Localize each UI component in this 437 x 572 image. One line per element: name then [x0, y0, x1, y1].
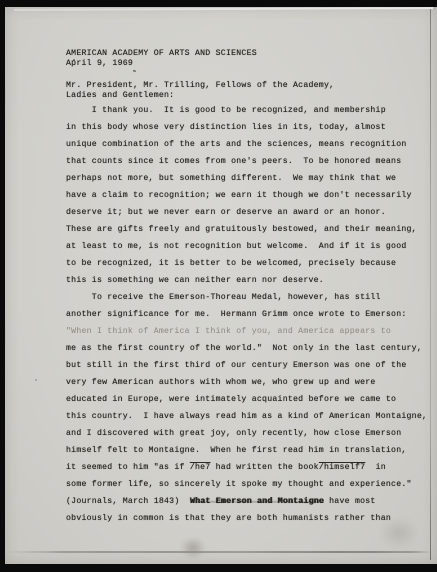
text-segment: had written the book: [210, 463, 318, 472]
text-segment: These are gifts freely and gratuitously …: [66, 225, 417, 234]
page-right-edge: [430, 9, 432, 560]
typescript-line: very few American authors with whom we, …: [66, 374, 427, 391]
text-segment: educated in Europe, were intimately acqu…: [66, 395, 396, 404]
document-header: AMERICAN ACADEMY OF ARTS AND SCIENCESApr…: [66, 49, 257, 68]
typescript-line: Ladies and Gentlemen:: [66, 91, 334, 101]
paper-speck: [133, 70, 136, 72]
text-segment: Mr. President, Mr. Trilling, Fellows of …: [66, 81, 334, 90]
paper-speck: [35, 379, 37, 381]
typescript-line: and I discovered with great joy, only re…: [66, 425, 427, 442]
text-segment: in: [365, 463, 386, 472]
typescript-line: in this body whose very distinction lies…: [66, 119, 427, 136]
segment-bracket: /he7: [190, 463, 211, 472]
scanned-typescript-page: { "scan": { "paper_color": "#d0cfca", "b…: [0, 0, 437, 572]
typescript-line: have a claim to recognition; we earn it …: [66, 187, 427, 204]
paper: AMERICAN ACADEMY OF ARTS AND SCIENCESApr…: [5, 7, 437, 564]
typescript-line: at least to me, is not recognition but w…: [66, 238, 427, 255]
text-segment: To receive the Emerson-Thoreau Medal, ho…: [66, 293, 381, 302]
typescript-line: himself felt to Montaigne. When he first…: [66, 442, 427, 459]
typescript-line: April 9, 1969: [66, 59, 257, 69]
typescript-line: I thank you. It is good to be recognized…: [66, 102, 427, 119]
text-segment: have most: [324, 497, 376, 506]
typescript-line: These are gifts freely and gratuitously …: [66, 221, 427, 238]
segment-bracket: /himself7: [319, 463, 365, 472]
text-segment: at least to me, is not recognition but w…: [66, 242, 407, 251]
text-segment: I thank you. It is good to be recognized…: [66, 106, 386, 115]
salutation: Mr. President, Mr. Trilling, Fellows of …: [66, 81, 334, 100]
text-segment: obviously in common is that they are bot…: [66, 514, 391, 523]
typescript-line: (Journals, March 1843) What Emerson and …: [66, 493, 427, 510]
typescript-line: but still in the first third of our cent…: [66, 357, 427, 374]
text-segment: in this body whose very distinction lies…: [66, 123, 386, 132]
text-segment: himself felt to Montaigne. When he first…: [66, 446, 407, 455]
text-segment: April 9, 1969: [66, 59, 133, 68]
text-segment: deserve it; but we never earn or deserve…: [66, 208, 386, 217]
typescript-line: educated in Europe, were intimately acqu…: [66, 391, 427, 408]
text-segment: (Journals, March 1843): [66, 497, 190, 506]
typescript-line: perhaps not more, but something differen…: [66, 170, 427, 187]
typescript-line: another significance for me. Hermann Gri…: [66, 306, 427, 323]
typescript-line: some former life, so sincerely it spoke …: [66, 476, 427, 493]
text-segment: Ladies and Gentlemen:: [66, 91, 174, 100]
text-segment: that counts since it comes from one's pe…: [66, 157, 401, 166]
text-segment: AMERICAN ACADEMY OF ARTS AND SCIENCES: [66, 49, 257, 58]
typescript-line: Mr. President, Mr. Trilling, Fellows of …: [66, 81, 334, 91]
typescript-line: this country. I have always read him as …: [66, 408, 427, 425]
typescript-line: that counts since it comes from one's pe…: [66, 153, 427, 170]
typescript-line: To receive the Emerson-Thoreau Medal, ho…: [66, 289, 427, 306]
text-segment: have a claim to recognition; we earn it …: [66, 191, 412, 200]
text-segment: and I discovered with great joy, only re…: [66, 429, 401, 438]
text-segment: this is something we can neither earn no…: [66, 276, 324, 285]
page-bottom-crease: [8, 551, 432, 553]
typescript-line: unique combination of the arts and the s…: [66, 136, 427, 153]
text-segment: unique combination of the arts and the s…: [66, 140, 407, 149]
text-segment: but still in the first third of our cent…: [66, 361, 407, 370]
typescript-line: it seemed to him "as if /he7 had written…: [66, 459, 427, 476]
text-segment: it seemed to him "as if: [66, 463, 190, 472]
segment-faint: "When I think of America I think of you,…: [66, 327, 391, 336]
typescript-line: to be recognized, it is better to be wel…: [66, 255, 427, 272]
typescript-line: "When I think of America I think of you,…: [66, 323, 427, 340]
typescript-line: deserve it; but we never earn or deserve…: [66, 204, 427, 221]
text-segment: some former life, so sincerely it spoke …: [66, 480, 412, 489]
typescript-line: obviously in common is that they are bot…: [66, 510, 427, 527]
typescript-line: me as the first country of the world." N…: [66, 340, 427, 357]
text-segment: to be recognized, it is better to be wel…: [66, 259, 396, 268]
typescript-line: this is something we can neither earn no…: [66, 272, 427, 289]
text-segment: another significance for me. Hermann Gri…: [66, 310, 407, 319]
text-segment: perhaps not more, but something differen…: [66, 174, 396, 183]
document-body: I thank you. It is good to be recognized…: [66, 102, 427, 527]
segment-overtype: What Emerson and Montaigne: [190, 497, 324, 506]
text-segment: this country. I have always read him as …: [66, 412, 427, 421]
text-segment: me as the first country of the world." N…: [66, 344, 422, 353]
typescript-line: AMERICAN ACADEMY OF ARTS AND SCIENCES: [66, 49, 257, 59]
paper-stain: [175, 533, 211, 563]
text-segment: very few American authors with whom we, …: [66, 378, 376, 387]
